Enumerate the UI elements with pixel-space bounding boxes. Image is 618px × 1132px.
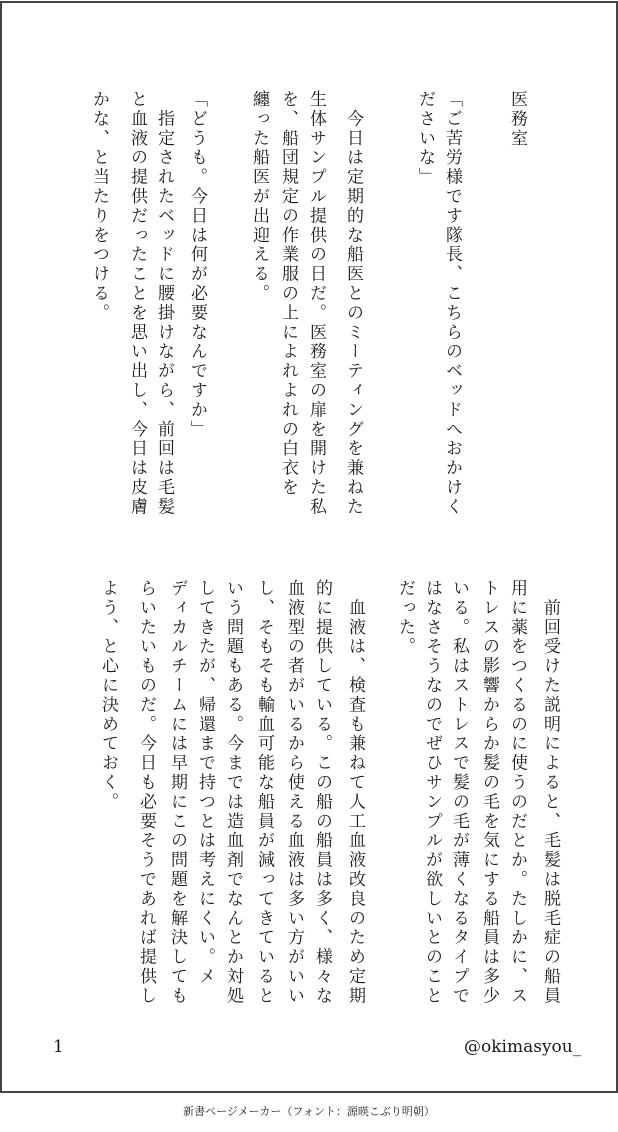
text-column: らいたいものだ。今日も必要そうであれば提供し: [136, 579, 156, 1006]
text-column: ださいな」: [415, 90, 435, 187]
text-column: 生体サンプル提供の日だ。医務室の扉を開けた私: [306, 90, 326, 517]
text-column: 用に薬をつくるのに使うのだとか。たしかに、ス: [507, 579, 527, 1006]
text-column: トレスの影響からか髪の毛を気にする船員は多少: [479, 579, 499, 1006]
text-column: してきたが、帰還まで持つとは考えにくい。メ: [195, 579, 215, 986]
text-column: いう問題もある。今までは造血剤でなんとか対処: [223, 579, 243, 1006]
text-column: だった。: [395, 579, 415, 657]
text-column: 医務室: [507, 90, 527, 148]
text-column: 纏った船医が出迎える。: [249, 90, 269, 303]
book-page: 医務室「ご苦労様です隊長、こちらのベッドへおかけくださいな」 今日は定期的な船医…: [0, 1, 618, 1093]
text-column: 的に提供している。この船の船員は多く、様々な: [312, 579, 332, 1006]
text-column: いる。私はストレスで髪の毛が薄くなるタイプで: [449, 579, 469, 1006]
text-column: し、そもそも輸血可能な船員が減ってきていると: [254, 579, 274, 1006]
generator-credit: 新書ページメーカー（フォント：源暎こぶり明朝）: [0, 1103, 618, 1119]
page-number: 1: [53, 1037, 64, 1057]
text-column: ディカルチームには早期にこの問題を解決しても: [167, 579, 187, 1006]
text-column: と血液の提供だったことを思い出し、今日は皮膚: [127, 90, 147, 517]
text-column: よう、と心に決めておく。: [98, 579, 118, 812]
text-column: はなさそうなのでぜひサンプルが欲しいとのこと: [422, 579, 442, 1006]
text-column: 血液は、検査も兼ねて人工血液改良のため定期: [345, 579, 365, 1006]
text-column: 指定されたベッドに腰掛けながら、前回は毛髪: [154, 90, 174, 517]
text-column: 「どうも。今日は何が必要なんですか」: [187, 90, 207, 439]
text-column: かな、と当たりをつける。: [89, 90, 109, 323]
text-column: 血液型の者がいるから使える血液は多い方がいい: [284, 579, 304, 1006]
text-column: 前回受けた説明によると、毛髪は脱毛症の船員: [540, 579, 560, 1006]
text-column: 「ご苦労様です隊長、こちらのベッドへおかけく: [442, 90, 462, 517]
author-handle: @okimasyou_: [464, 1037, 581, 1057]
text-column: を、船団規定の作業服の上によれよれの白衣を: [278, 90, 298, 497]
text-column: 今日は定期的な船医とのミーティングを兼ねた: [343, 90, 363, 517]
